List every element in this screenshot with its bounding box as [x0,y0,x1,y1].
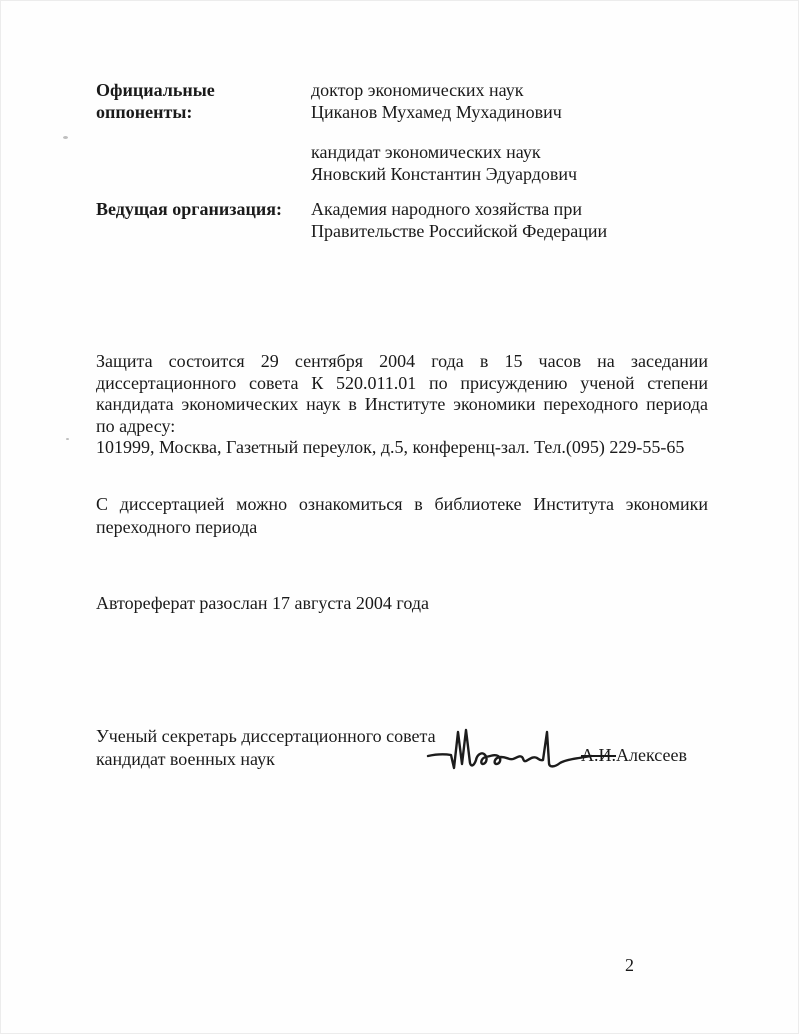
opponents-label-line1: Официальные [96,80,306,102]
defense-line3: кандидата экономических наук в Институте… [96,394,708,416]
document-page: Официальные оппоненты: доктор экономичес… [0,0,799,1034]
library-paragraph: С диссертацией можно ознакомиться в библ… [96,493,708,539]
opponent-first-name: Циканов Мухамед Мухадинович [311,102,741,124]
leading-org-label: Ведущая организация: [96,199,311,221]
opponent-first-degree: доктор экономических наук [311,80,741,102]
opponents-label: Официальные оппоненты: [96,80,306,123]
opponent-first: доктор экономических наук Циканов Мухаме… [311,80,741,123]
defense-paragraph: Защита состоится 29 сентября 2004 года в… [96,351,708,459]
defense-line2: диссертационного совета К 520.011.01 по … [96,373,708,395]
signee-surname: Алексеев [616,745,687,765]
opponent-second-name: Яновский Константин Эдуардович [311,164,741,186]
opponent-second-degree: кандидат экономических наук [311,142,741,164]
mailed-line: Автореферат разослан 17 августа 2004 год… [96,593,708,615]
opponents-label-line2: оппоненты: [96,102,306,124]
signature-svg [425,711,593,773]
library-line2: переходного периода [96,516,708,539]
defense-address: 101999, Москва, Газетный переулок, д.5, … [96,437,708,459]
page-number: 2 [625,955,634,977]
defense-line1: Защита состоится 29 сентября 2004 года в… [96,351,708,373]
defense-line4: по адресу: [96,416,708,438]
leading-org-line2: Правительстве Российской Федерации [311,221,741,243]
scan-speck [63,136,68,139]
signee-initials: А.И. [581,745,616,765]
library-line1: С диссертацией можно ознакомиться в библ… [96,493,708,516]
leading-org-line1: Академия народного хозяйства при [311,199,741,221]
signature-handwriting [425,711,593,773]
signee-name: А.И.Алексеев [581,745,687,767]
leading-org-value: Академия народного хозяйства при Правите… [311,199,741,242]
scan-speck [66,438,69,440]
opponent-second: кандидат экономических наук Яновский Кон… [311,142,741,185]
